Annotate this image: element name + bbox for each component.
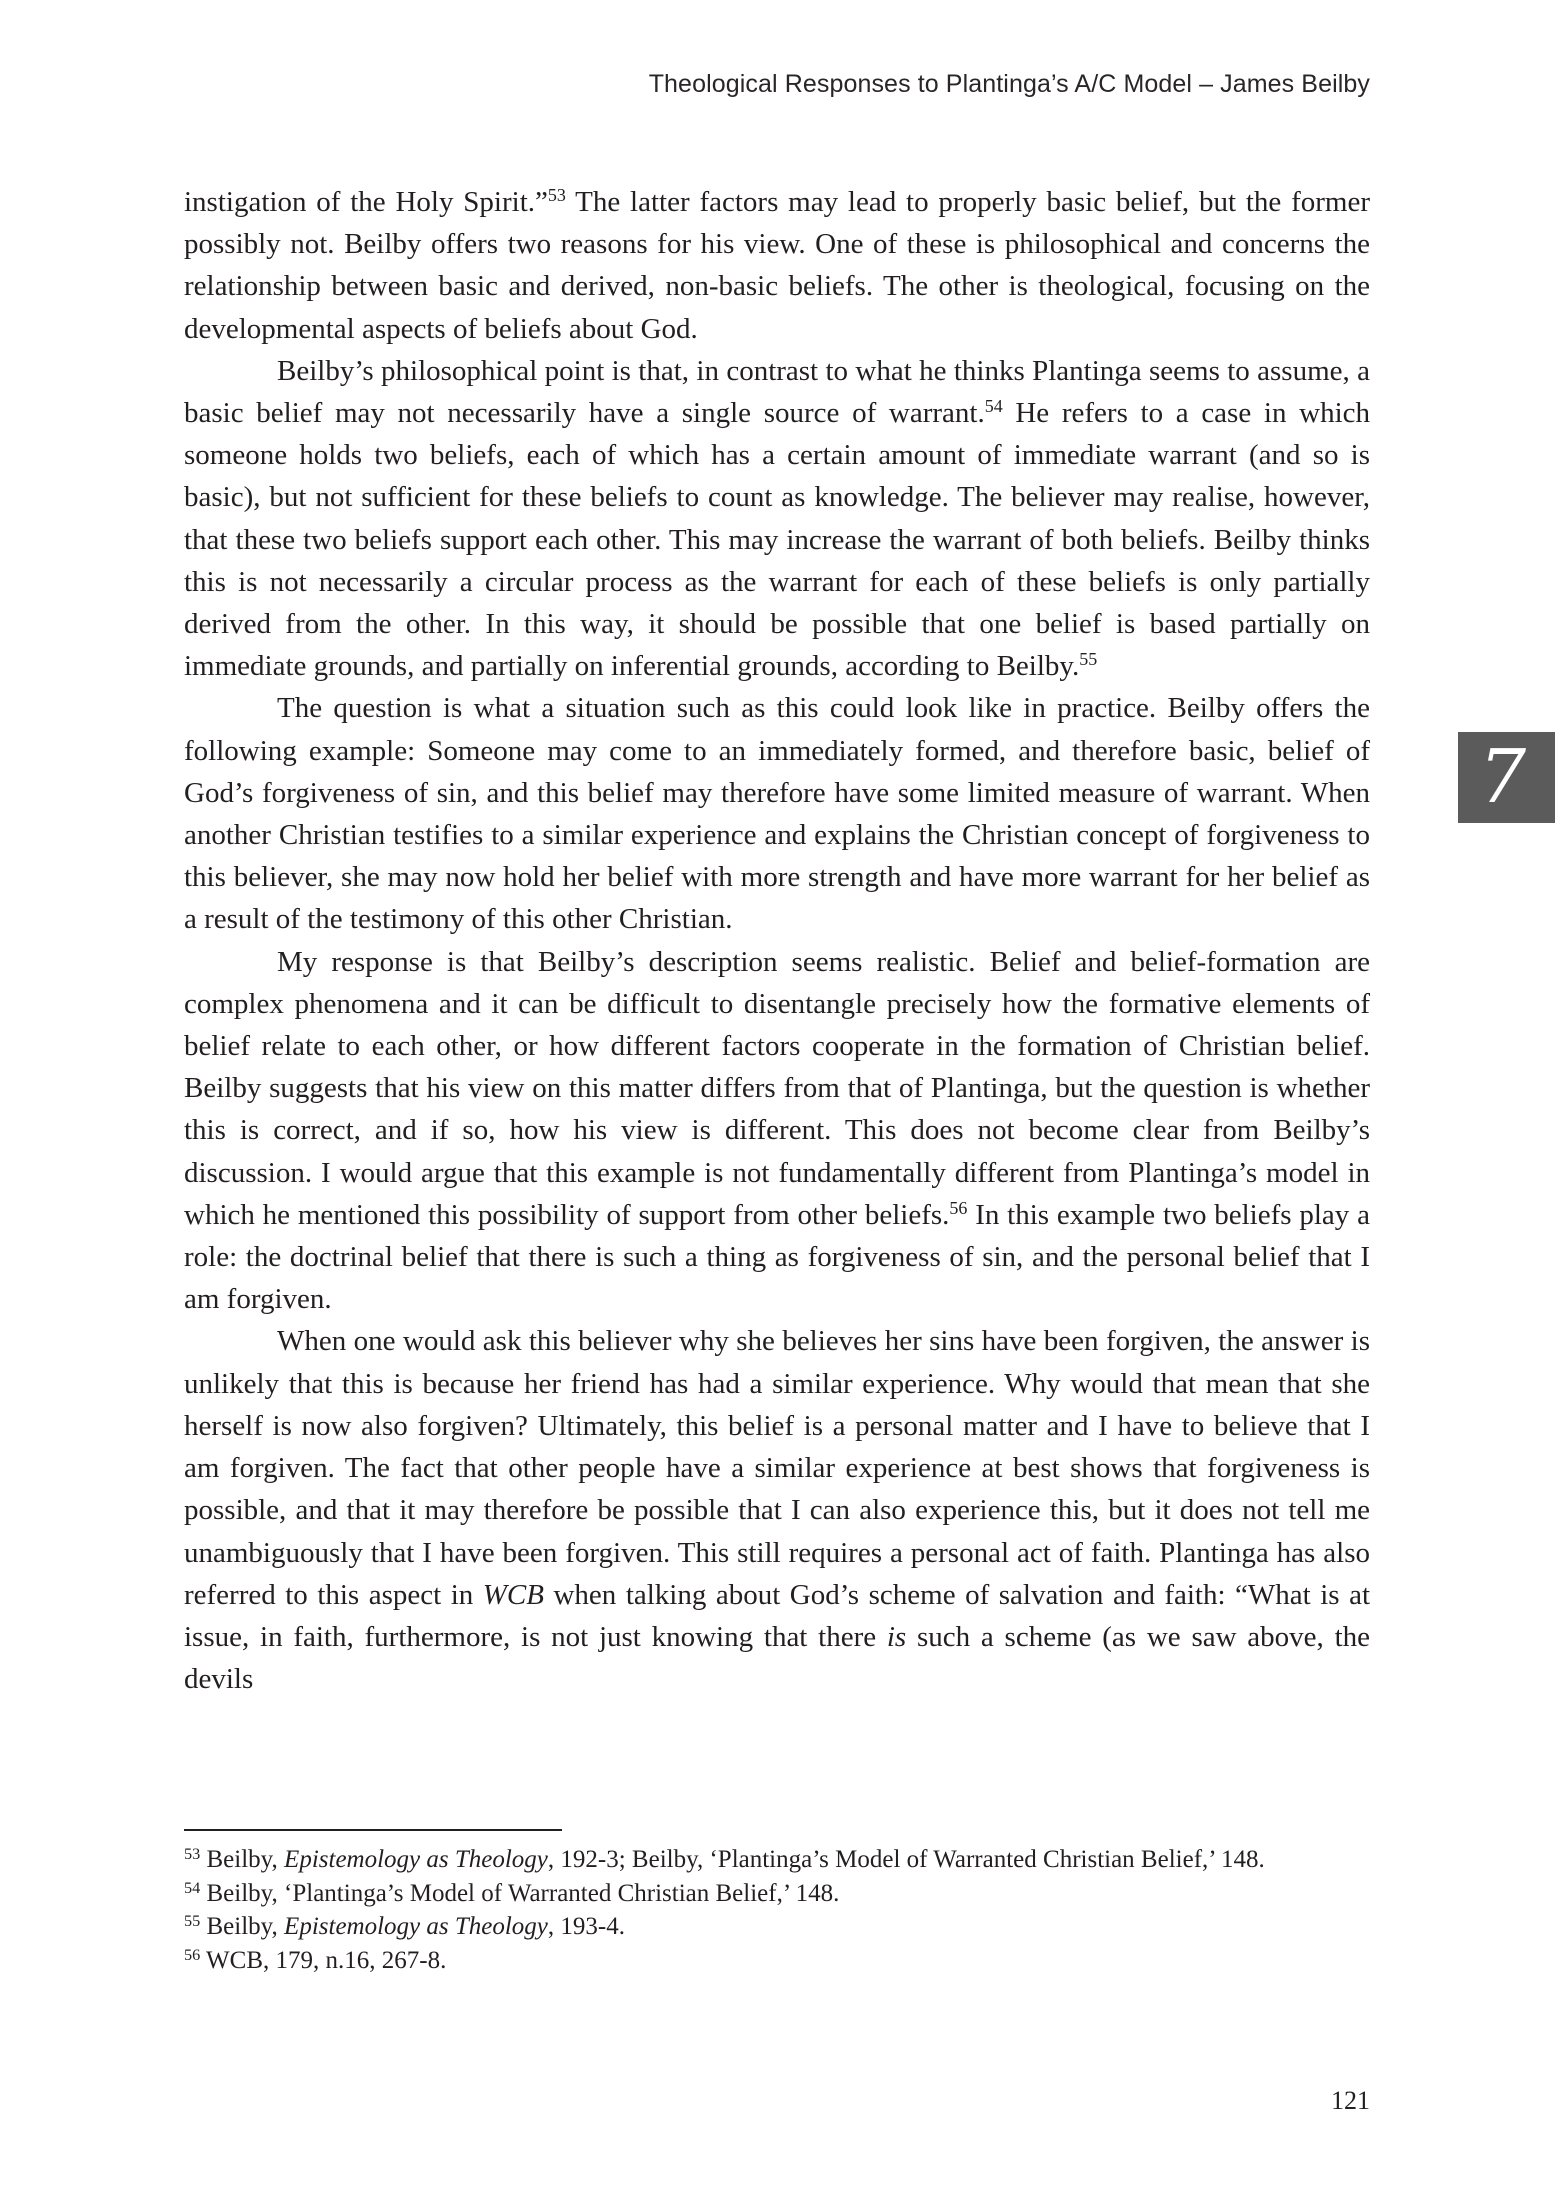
footnote-reference: 56 <box>949 1198 967 1218</box>
footnote-number: 54 <box>184 1878 200 1896</box>
footnote: 56 WCB, 179, n.16, 267-8. <box>184 1944 1370 1978</box>
italic-text: is <box>887 1621 906 1653</box>
chapter-tab: 7 <box>1458 732 1555 823</box>
body-text: instigation of the Holy Spirit.”53 The l… <box>184 181 1370 1700</box>
footnote: 55 Beilby, Epistemology as Theology, 193… <box>184 1910 1370 1944</box>
paragraph: The question is what a situation such as… <box>184 687 1370 940</box>
paragraph: instigation of the Holy Spirit.”53 The l… <box>184 181 1370 350</box>
italic-text: Epistemology as Theology <box>284 1846 548 1873</box>
footnote-separator <box>184 1829 562 1831</box>
footnote-number: 55 <box>184 1912 200 1930</box>
page-number: 121 <box>1300 2086 1370 2116</box>
paragraph: My response is that Beilby’s description… <box>184 941 1370 1321</box>
footnote-reference: 54 <box>985 396 1003 416</box>
footnote: 53 Beilby, Epistemology as Theology, 192… <box>184 1843 1370 1877</box>
footnote-reference: 53 <box>548 185 566 205</box>
paragraph: Beilby’s philosophical point is that, in… <box>184 350 1370 688</box>
footnote-reference: 55 <box>1079 649 1097 669</box>
italic-text: Epistemology as Theology <box>284 1913 548 1940</box>
footnote-number: 56 <box>184 1945 200 1963</box>
footnote: 54 Beilby, ‘Plantinga’s Model of Warrant… <box>184 1877 1370 1911</box>
footnote-number: 53 <box>184 1845 200 1863</box>
footnotes: 53 Beilby, Epistemology as Theology, 192… <box>184 1843 1370 1977</box>
italic-text: WCB <box>483 1579 544 1611</box>
chapter-number: 7 <box>1479 734 1526 820</box>
running-header: Theological Responses to Plantinga’s A/C… <box>649 70 1370 99</box>
paragraph: When one would ask this believer why she… <box>184 1320 1370 1700</box>
